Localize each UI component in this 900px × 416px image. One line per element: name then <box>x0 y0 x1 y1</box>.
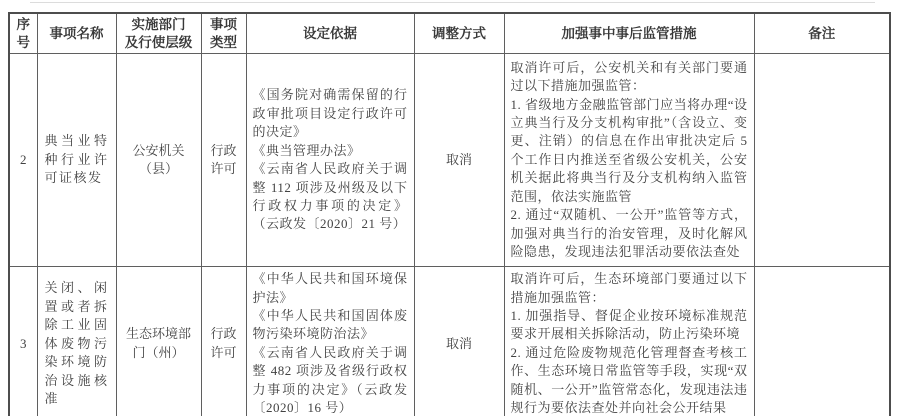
measure-line: 1. 加强指导、督促企业按环境标准规范要求开展相关拆除活动，防止污染环境 <box>511 307 748 344</box>
measure-line: 2. 通过危险废物规范化管理督查考核工作、生态环境日常监管等手段，实现“双随机、… <box>511 344 748 416</box>
col-header-department: 实施部门 及行使层级 <box>116 13 201 54</box>
measure-line: 取消许可后，生态环境部门要通过以下措施加强监管： <box>511 270 748 307</box>
cell-legal-basis: 《国务院对确需保留的行政审批项目设定行政许可的决定》 《典当管理办法》 《云南省… <box>246 54 414 267</box>
cell-department: 公安机关（县） <box>116 54 201 267</box>
regulatory-items-table: 序 号 事项名称 实施部门 及行使层级 事项 类型 设定依据 调整方式 加强事中… <box>8 12 891 416</box>
legal-basis-item: 《中华人民共和国固体废物污染环境防治法》 <box>253 307 408 344</box>
measure-line: 2. 通过“双随机、一公开”监管等方式，加强对典当行的治安管理，及时化解风险隐患… <box>511 206 748 261</box>
measure-line: 取消许可后，公安机关和有关部门要通过以下措施加强监管： <box>511 59 748 96</box>
cell-remarks <box>754 267 890 416</box>
measure-line: 1. 省级地方金融监管部门应当将办理“设立典当行及分支机构审批”（含设立、变更、… <box>511 96 748 207</box>
table-row: 3 关闭、闲置或者拆除工业固体废物污染环境防治设施核准 生态环境部门（州） 行政… <box>9 267 890 416</box>
cell-item-type: 行政许可 <box>201 54 246 267</box>
cell-seq: 2 <box>9 54 37 267</box>
cell-supervision-measures: 取消许可后，公安机关和有关部门要通过以下措施加强监管： 1. 省级地方金融监管部… <box>504 54 754 267</box>
cell-item-name: 关闭、闲置或者拆除工业固体废物污染环境防治设施核准 <box>37 267 116 416</box>
scan-crop-artifact <box>30 2 875 3</box>
cell-remarks <box>754 54 890 267</box>
legal-basis-item: 《典当管理办法》 <box>253 142 408 160</box>
legal-basis-item: 《云南省人民政府关于调整 112 项涉及州级及以下行政权力事项的决定》（云政发〔… <box>253 160 408 234</box>
col-header-remarks: 备注 <box>754 13 890 54</box>
col-header-adjustment-method: 调整方式 <box>414 13 504 54</box>
legal-basis-item: 《云南省人民政府关于调整 482 项涉及省级行政权力事项的决定》（云政发〔202… <box>253 344 408 416</box>
scanned-document-page: 序 号 事项名称 实施部门 及行使层级 事项 类型 设定依据 调整方式 加强事中… <box>0 0 900 416</box>
col-header-legal-basis: 设定依据 <box>246 13 414 54</box>
cell-item-type: 行政许可 <box>201 267 246 416</box>
col-header-item-type: 事项 类型 <box>201 13 246 54</box>
legal-basis-item: 《中华人民共和国环境保护法》 <box>253 270 408 307</box>
legal-basis-item: 《国务院对确需保留的行政审批项目设定行政许可的决定》 <box>253 86 408 141</box>
cell-department: 生态环境部门（州） <box>116 267 201 416</box>
cell-supervision-measures: 取消许可后，生态环境部门要通过以下措施加强监管： 1. 加强指导、督促企业按环境… <box>504 267 754 416</box>
col-header-supervision-measures: 加强事中事后监管措施 <box>504 13 754 54</box>
cell-legal-basis: 《中华人民共和国环境保护法》 《中华人民共和国固体废物污染环境防治法》 《云南省… <box>246 267 414 416</box>
cell-adjustment-method: 取消 <box>414 54 504 267</box>
col-header-item-name: 事项名称 <box>37 13 116 54</box>
cell-seq: 3 <box>9 267 37 416</box>
table-row: 2 典当业特种行业许可证核发 公安机关（县） 行政许可 《国务院对确需保留的行政… <box>9 54 890 267</box>
table-header-row: 序 号 事项名称 实施部门 及行使层级 事项 类型 设定依据 调整方式 加强事中… <box>9 13 890 54</box>
cell-item-name: 典当业特种行业许可证核发 <box>37 54 116 267</box>
col-header-seq: 序 号 <box>9 13 37 54</box>
cell-adjustment-method: 取消 <box>414 267 504 416</box>
